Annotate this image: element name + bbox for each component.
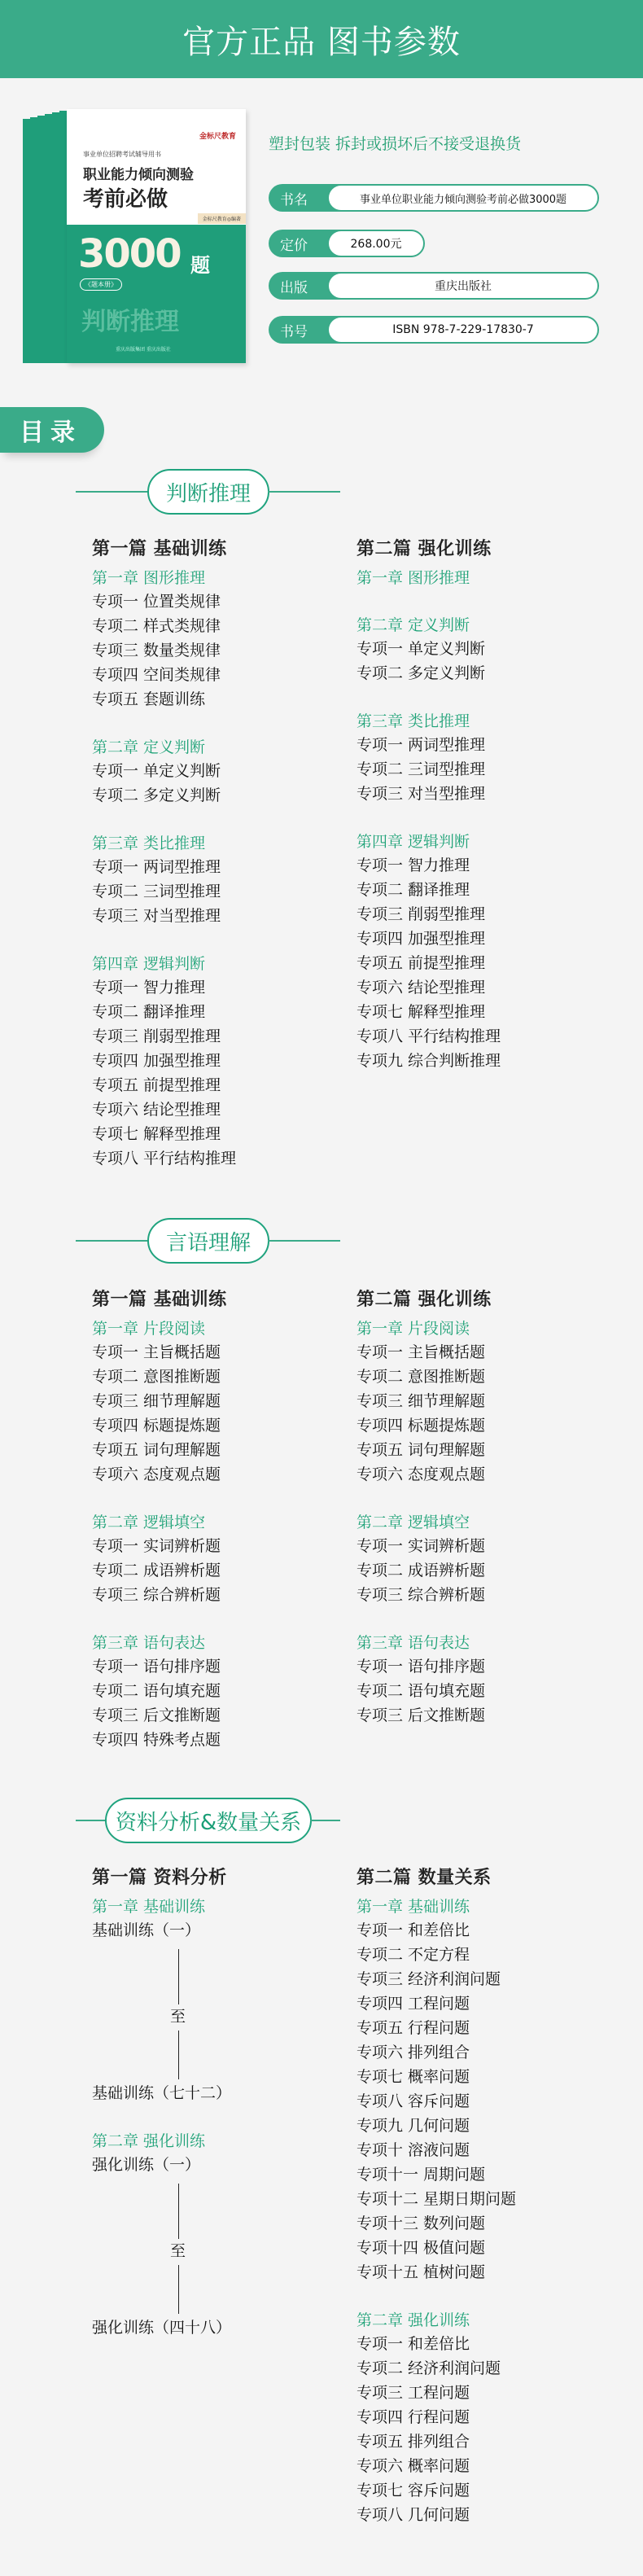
- toc-column-right: 第二篇 数量关系 第一章 基础训练 专项一 和差倍比 专项二 不定方程 专项三 …: [356, 1866, 617, 2527]
- toc-item[interactable]: 专项二 三词型推理: [356, 757, 617, 782]
- toc-item[interactable]: 专项十一 周期问题: [356, 2162, 617, 2187]
- toc-column-right: 第二篇 强化训练 第一章 图形推理 第二章 定义判断 专项一 单定义判断 专项二…: [356, 537, 617, 1073]
- chapter-title: 第三章 类比推理: [92, 832, 352, 855]
- packaging-notice: 塑封包装 拆封或损坏后不接受退换货: [269, 132, 521, 154]
- toc-item[interactable]: 专项五 前提型推理: [92, 1073, 352, 1097]
- toc-item[interactable]: 专项二 多定义判断: [92, 783, 352, 808]
- chapter-title: 第一章 图形推理: [92, 567, 352, 589]
- divider-line: [268, 491, 340, 493]
- toc-item[interactable]: 专项三 综合辨析题: [92, 1583, 352, 1607]
- toc-item[interactable]: 专项七 容斥问题: [356, 2478, 617, 2503]
- toc-item[interactable]: 专项一 单定义判断: [356, 637, 617, 661]
- toc-item[interactable]: 专项六 结论型推理: [356, 975, 617, 1000]
- toc-item[interactable]: 专项八 容斥问题: [356, 2089, 617, 2114]
- param-value: ISBN 978-7-229-17830-7: [327, 316, 599, 344]
- toc-item[interactable]: 专项十四 极值问题: [356, 2236, 617, 2260]
- toc-item[interactable]: 专项六 结论型推理: [92, 1097, 352, 1122]
- part-title: 第二篇 强化训练: [356, 1288, 617, 1312]
- toc-item[interactable]: 专项五 词句理解题: [92, 1438, 352, 1462]
- toc-item[interactable]: 专项三 对当型推理: [356, 782, 617, 806]
- toc-column-left: 第一篇 基础训练 第一章 图形推理 专项一 位置类规律 专项二 样式类规律 专项…: [92, 537, 352, 1171]
- toc-item[interactable]: 专项七 解释型推理: [356, 1000, 617, 1024]
- toc-item[interactable]: 专项五 套题训练: [92, 687, 352, 712]
- toc-item[interactable]: 专项六 态度观点题: [92, 1462, 352, 1487]
- book-count-suffix: 题: [190, 249, 210, 278]
- toc-item[interactable]: 专项五 行程问题: [356, 2016, 617, 2040]
- divider-line: [76, 1820, 107, 1821]
- section-title: 言语理解: [147, 1218, 269, 1264]
- toc-item[interactable]: 专项二 成语辨析题: [92, 1558, 352, 1583]
- toc-item[interactable]: 专项三 后文推断题: [92, 1703, 352, 1728]
- range-connector: 至: [92, 1943, 255, 2081]
- chapter-title: 第二章 定义判断: [356, 614, 617, 637]
- book-publisher: 重庆出版集团 重庆出版社: [116, 345, 171, 353]
- chapter-title: 第二章 强化训练: [92, 2130, 352, 2153]
- section-title: 资料分析&数量关系: [105, 1798, 312, 1843]
- brand-logo: 金标尺教育: [199, 130, 236, 141]
- toc-item[interactable]: 专项三 工程问题: [356, 2381, 617, 2405]
- chapter-title: 第一章 片段阅读: [356, 1317, 617, 1340]
- toc-item[interactable]: 专项三 细节理解题: [92, 1389, 352, 1413]
- range-start[interactable]: 强化训练（一）: [92, 2153, 352, 2177]
- connector-line: [178, 2265, 179, 2314]
- section-header-data-quant: 资料分析&数量关系: [76, 1798, 340, 1843]
- book-edition: 《题本册》: [80, 278, 122, 291]
- divider-line: [76, 1240, 149, 1242]
- chapter-title: 第三章 类比推理: [356, 710, 617, 733]
- toc-item[interactable]: 专项一 主旨概括题: [92, 1340, 352, 1365]
- chapter-title: 第四章 逻辑判断: [92, 953, 352, 975]
- range-connector: 至: [92, 2177, 255, 2315]
- toc-item[interactable]: 专项一 和差倍比: [356, 2332, 617, 2356]
- toc-item[interactable]: 专项八 平行结构推理: [92, 1146, 352, 1171]
- book-author: 金标尺教育◎编著: [198, 213, 246, 224]
- book-title-line1: 职业能力倾向测验: [83, 163, 194, 183]
- toc-item[interactable]: 专项七 解释型推理: [92, 1122, 352, 1146]
- chapter-title: 第三章 语句表达: [356, 1632, 617, 1654]
- section-header-verbal: 言语理解: [76, 1218, 340, 1264]
- toc-item[interactable]: 专项一 实词辨析题: [92, 1534, 352, 1558]
- toc-item[interactable]: 专项九 综合判断推理: [356, 1049, 617, 1073]
- toc-item[interactable]: 专项二 样式类规律: [92, 614, 352, 638]
- toc-item[interactable]: 专项八 几何问题: [356, 2503, 617, 2527]
- toc-item[interactable]: 专项十三 数列问题: [356, 2211, 617, 2236]
- toc-item[interactable]: 专项四 标题提炼题: [356, 1413, 617, 1438]
- toc-column-right: 第二篇 强化训练 第一章 片段阅读 专项一 主旨概括题 专项二 意图推断题 专项…: [356, 1288, 617, 1728]
- chapter-title: 第一章 基础训练: [356, 1895, 617, 1918]
- book-count: 3000: [78, 231, 181, 277]
- toc-item[interactable]: 专项二 翻译推理: [356, 878, 617, 902]
- toc-item[interactable]: 专项二 语句填充题: [356, 1679, 617, 1703]
- chapter-title: 第二章 强化训练: [356, 2309, 617, 2332]
- toc-item[interactable]: 专项三 综合辨析题: [356, 1583, 617, 1607]
- toc-item[interactable]: 专项八 平行结构推理: [356, 1024, 617, 1049]
- toc-item[interactable]: 专项一 位置类规律: [92, 589, 352, 614]
- toc-item[interactable]: 专项二 意图推断题: [356, 1365, 617, 1389]
- toc-item[interactable]: 专项一 和差倍比: [356, 1918, 617, 1943]
- toc-item[interactable]: 专项四 加强型推理: [92, 1049, 352, 1073]
- toc-item[interactable]: 专项二 语句填充题: [92, 1679, 352, 1703]
- toc-item[interactable]: 专项二 不定方程: [356, 1943, 617, 1967]
- chapter-title: 第三章 语句表达: [92, 1632, 352, 1654]
- toc-item[interactable]: 专项十 溶液问题: [356, 2138, 617, 2162]
- toc-item[interactable]: 专项四 空间类规律: [92, 663, 352, 687]
- banner-title: 官方正品 图书参数: [182, 16, 461, 63]
- toc-item[interactable]: 专项一 两词型推理: [356, 733, 617, 757]
- toc-item[interactable]: 专项九 几何问题: [356, 2114, 617, 2138]
- toc-item[interactable]: 专项一 智力推理: [92, 975, 352, 1000]
- toc-item[interactable]: 专项五 前提型推理: [356, 951, 617, 975]
- book-title-line2: 考前必做: [83, 182, 168, 212]
- toc-item[interactable]: 专项二 三词型推理: [92, 879, 352, 904]
- part-title: 第二篇 强化训练: [356, 537, 617, 562]
- chapter-title: 第二章 定义判断: [92, 736, 352, 759]
- toc-item[interactable]: 专项四 加强型推理: [356, 927, 617, 951]
- section-header-reasoning: 判断推理: [76, 469, 340, 515]
- toc-item[interactable]: 专项三 削弱型推理: [92, 1024, 352, 1049]
- toc-item[interactable]: 专项一 智力推理: [356, 853, 617, 878]
- chapter-title: 第二章 逻辑填空: [92, 1511, 352, 1534]
- toc-item[interactable]: 专项三 对当型推理: [92, 904, 352, 928]
- toc-badge: 目录: [0, 407, 104, 453]
- toc-item[interactable]: 专项四 特殊考点题: [92, 1728, 352, 1752]
- chapter-title: 第一章 图形推理: [356, 567, 617, 589]
- param-value: 268.00元: [327, 230, 425, 257]
- toc-item[interactable]: 专项五 排列组合: [356, 2429, 617, 2454]
- toc-item[interactable]: 专项十五 植树问题: [356, 2260, 617, 2285]
- toc-column-left: 第一篇 资料分析 第一章 基础训练 基础训练（一） 至 基础训练（七十二） 第二…: [92, 1866, 352, 2340]
- book-cover: 金标尺教育 事业单位招聘考试辅导用书 职业能力倾向测验 考前必做 金标尺教育◎编…: [67, 109, 246, 363]
- toc-item[interactable]: 专项五 词句理解题: [356, 1438, 617, 1462]
- toc-item[interactable]: 专项四 标题提炼题: [92, 1413, 352, 1438]
- toc-item[interactable]: 专项二 成语辨析题: [356, 1558, 617, 1583]
- range-to: 至: [170, 2239, 186, 2261]
- connector-line: [178, 2031, 179, 2079]
- toc-item[interactable]: 专项二 多定义判断: [356, 661, 617, 686]
- param-value: 重庆出版社: [327, 272, 599, 300]
- chapter-title: 第四章 逻辑判断: [356, 830, 617, 853]
- range-end[interactable]: 强化训练（四十八）: [92, 2315, 352, 2340]
- toc-item[interactable]: 专项四 工程问题: [356, 1991, 617, 2016]
- toc-item[interactable]: 专项三 细节理解题: [356, 1389, 617, 1413]
- toc-item[interactable]: 专项七 概率问题: [356, 2065, 617, 2089]
- toc-item[interactable]: 专项一 单定义判断: [92, 759, 352, 783]
- part-title: 第二篇 数量关系: [356, 1866, 617, 1890]
- toc-item[interactable]: 专项六 态度观点题: [356, 1462, 617, 1487]
- range-start[interactable]: 基础训练（一）: [92, 1918, 352, 1943]
- toc-item[interactable]: 专项二 翻译推理: [92, 1000, 352, 1024]
- chapter-title: 第一章 基础训练: [92, 1895, 352, 1918]
- toc-item[interactable]: 专项十二 星期日期问题: [356, 2187, 617, 2211]
- part-title: 第一篇 资料分析: [92, 1866, 352, 1890]
- divider-line: [310, 1820, 340, 1821]
- toc-item[interactable]: 专项二 意图推断题: [92, 1365, 352, 1389]
- toc-item[interactable]: 专项三 数量类规律: [92, 638, 352, 663]
- page-banner: 官方正品 图书参数: [0, 0, 643, 78]
- toc-item[interactable]: 专项六 排列组合: [356, 2040, 617, 2065]
- toc-item[interactable]: 专项四 行程问题: [356, 2405, 617, 2429]
- toc-item[interactable]: 专项一 两词型推理: [92, 855, 352, 879]
- part-title: 第一篇 基础训练: [92, 537, 352, 562]
- chapter-title: 第一章 片段阅读: [92, 1317, 352, 1340]
- toc-item[interactable]: 专项一 语句排序题: [356, 1654, 617, 1679]
- toc-item[interactable]: 专项二 经济利润问题: [356, 2356, 617, 2381]
- toc-item[interactable]: 专项一 主旨概括题: [356, 1340, 617, 1365]
- toc-column-left: 第一篇 基础训练 第一章 片段阅读 专项一 主旨概括题 专项二 意图推断题 专项…: [92, 1288, 352, 1752]
- toc-item[interactable]: 专项三 后文推断题: [356, 1703, 617, 1728]
- param-value: 事业单位职业能力倾向测验考前必做3000题: [327, 184, 599, 212]
- part-title: 第一篇 基础训练: [92, 1288, 352, 1312]
- divider-line: [268, 1240, 340, 1242]
- toc-item[interactable]: 专项三 削弱型推理: [356, 902, 617, 927]
- toc-item[interactable]: 专项三 经济利润问题: [356, 1967, 617, 1991]
- divider-line: [76, 491, 149, 493]
- section-title: 判断推理: [147, 469, 269, 515]
- toc-item[interactable]: 专项一 实词辨析题: [356, 1534, 617, 1558]
- chapter-title: 第二章 逻辑填空: [356, 1511, 617, 1534]
- toc-item[interactable]: 专项一 语句排序题: [92, 1654, 352, 1679]
- range-end[interactable]: 基础训练（七十二）: [92, 2081, 352, 2105]
- book-subject: 判断推理: [81, 301, 179, 337]
- book-subtitle: 事业单位招聘考试辅导用书: [83, 150, 161, 159]
- range-to: 至: [170, 2004, 186, 2026]
- book-set-image: 金标尺教育 事业单位招聘考试辅导用书 职业能力倾向测验 考前必做 金标尺教育◎编…: [23, 109, 244, 366]
- toc-item[interactable]: 专项六 概率问题: [356, 2454, 617, 2478]
